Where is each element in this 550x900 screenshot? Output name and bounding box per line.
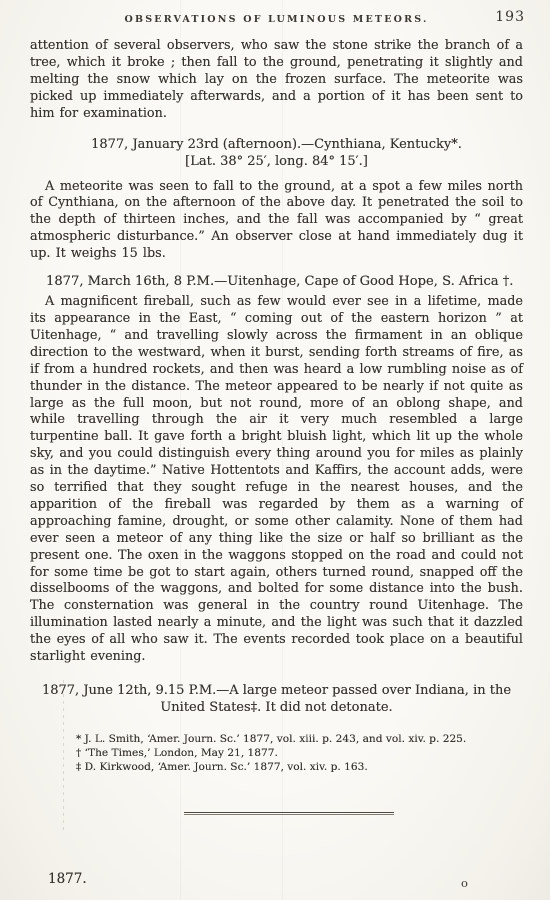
running-head: OBSERVATIONS OF LUMINOUS METEORS. 193 [30,8,523,30]
book-page: OBSERVATIONS OF LUMINOUS METEORS. 193 at… [0,0,550,900]
footnotes: * J. L. Smith, ‘Amer. Journ. Sc.’ 1877, … [76,732,523,775]
section-heading-indiana-line1: 1877, June 12th, 9.15 P.M.—A large meteo… [30,682,523,699]
divider-rule [184,812,394,815]
page-content: OBSERVATIONS OF LUMINOUS METEORS. 193 at… [0,0,550,775]
section-heading-cynthiana: 1877, January 23rd (afternoon).—Cynthian… [30,136,523,170]
paragraph-uitenhage: A magnificent fireball, such as few woul… [30,294,523,666]
footnote-times: † ‘The Times,’ London, May 21, 1877. [76,746,523,760]
section-heading-indiana-line2: United States‡. It did not detonate. [30,699,523,716]
section-heading-uitenhage: 1877, March 16th, 8 P.M.—Uitenhage, Cape… [30,273,523,290]
running-title: OBSERVATIONS OF LUMINOUS METEORS. [30,14,523,25]
page-number: 193 [495,9,525,25]
section-heading-indiana: 1877, June 12th, 9.15 P.M.—A large meteo… [30,682,523,716]
footer-signature-mark: o [461,876,468,890]
footnote-smith: * J. L. Smith, ‘Amer. Journ. Sc.’ 1877, … [76,732,523,746]
footer-year-signature: 1877. [48,871,87,887]
paragraph-cynthiana: A meteorite was seen to fall to the grou… [30,179,523,264]
section-heading-cynthiana-line1: 1877, January 23rd (afternoon).—Cynthian… [30,136,523,153]
paragraph-continuation: attention of several observers, who saw … [30,38,523,123]
footnote-kirkwood: ‡ D. Kirkwood, ‘Amer. Journ. Sc.’ 1877, … [76,760,523,774]
section-heading-cynthiana-latlong: [Lat. 38° 25′, long. 84° 15′.] [30,153,523,170]
